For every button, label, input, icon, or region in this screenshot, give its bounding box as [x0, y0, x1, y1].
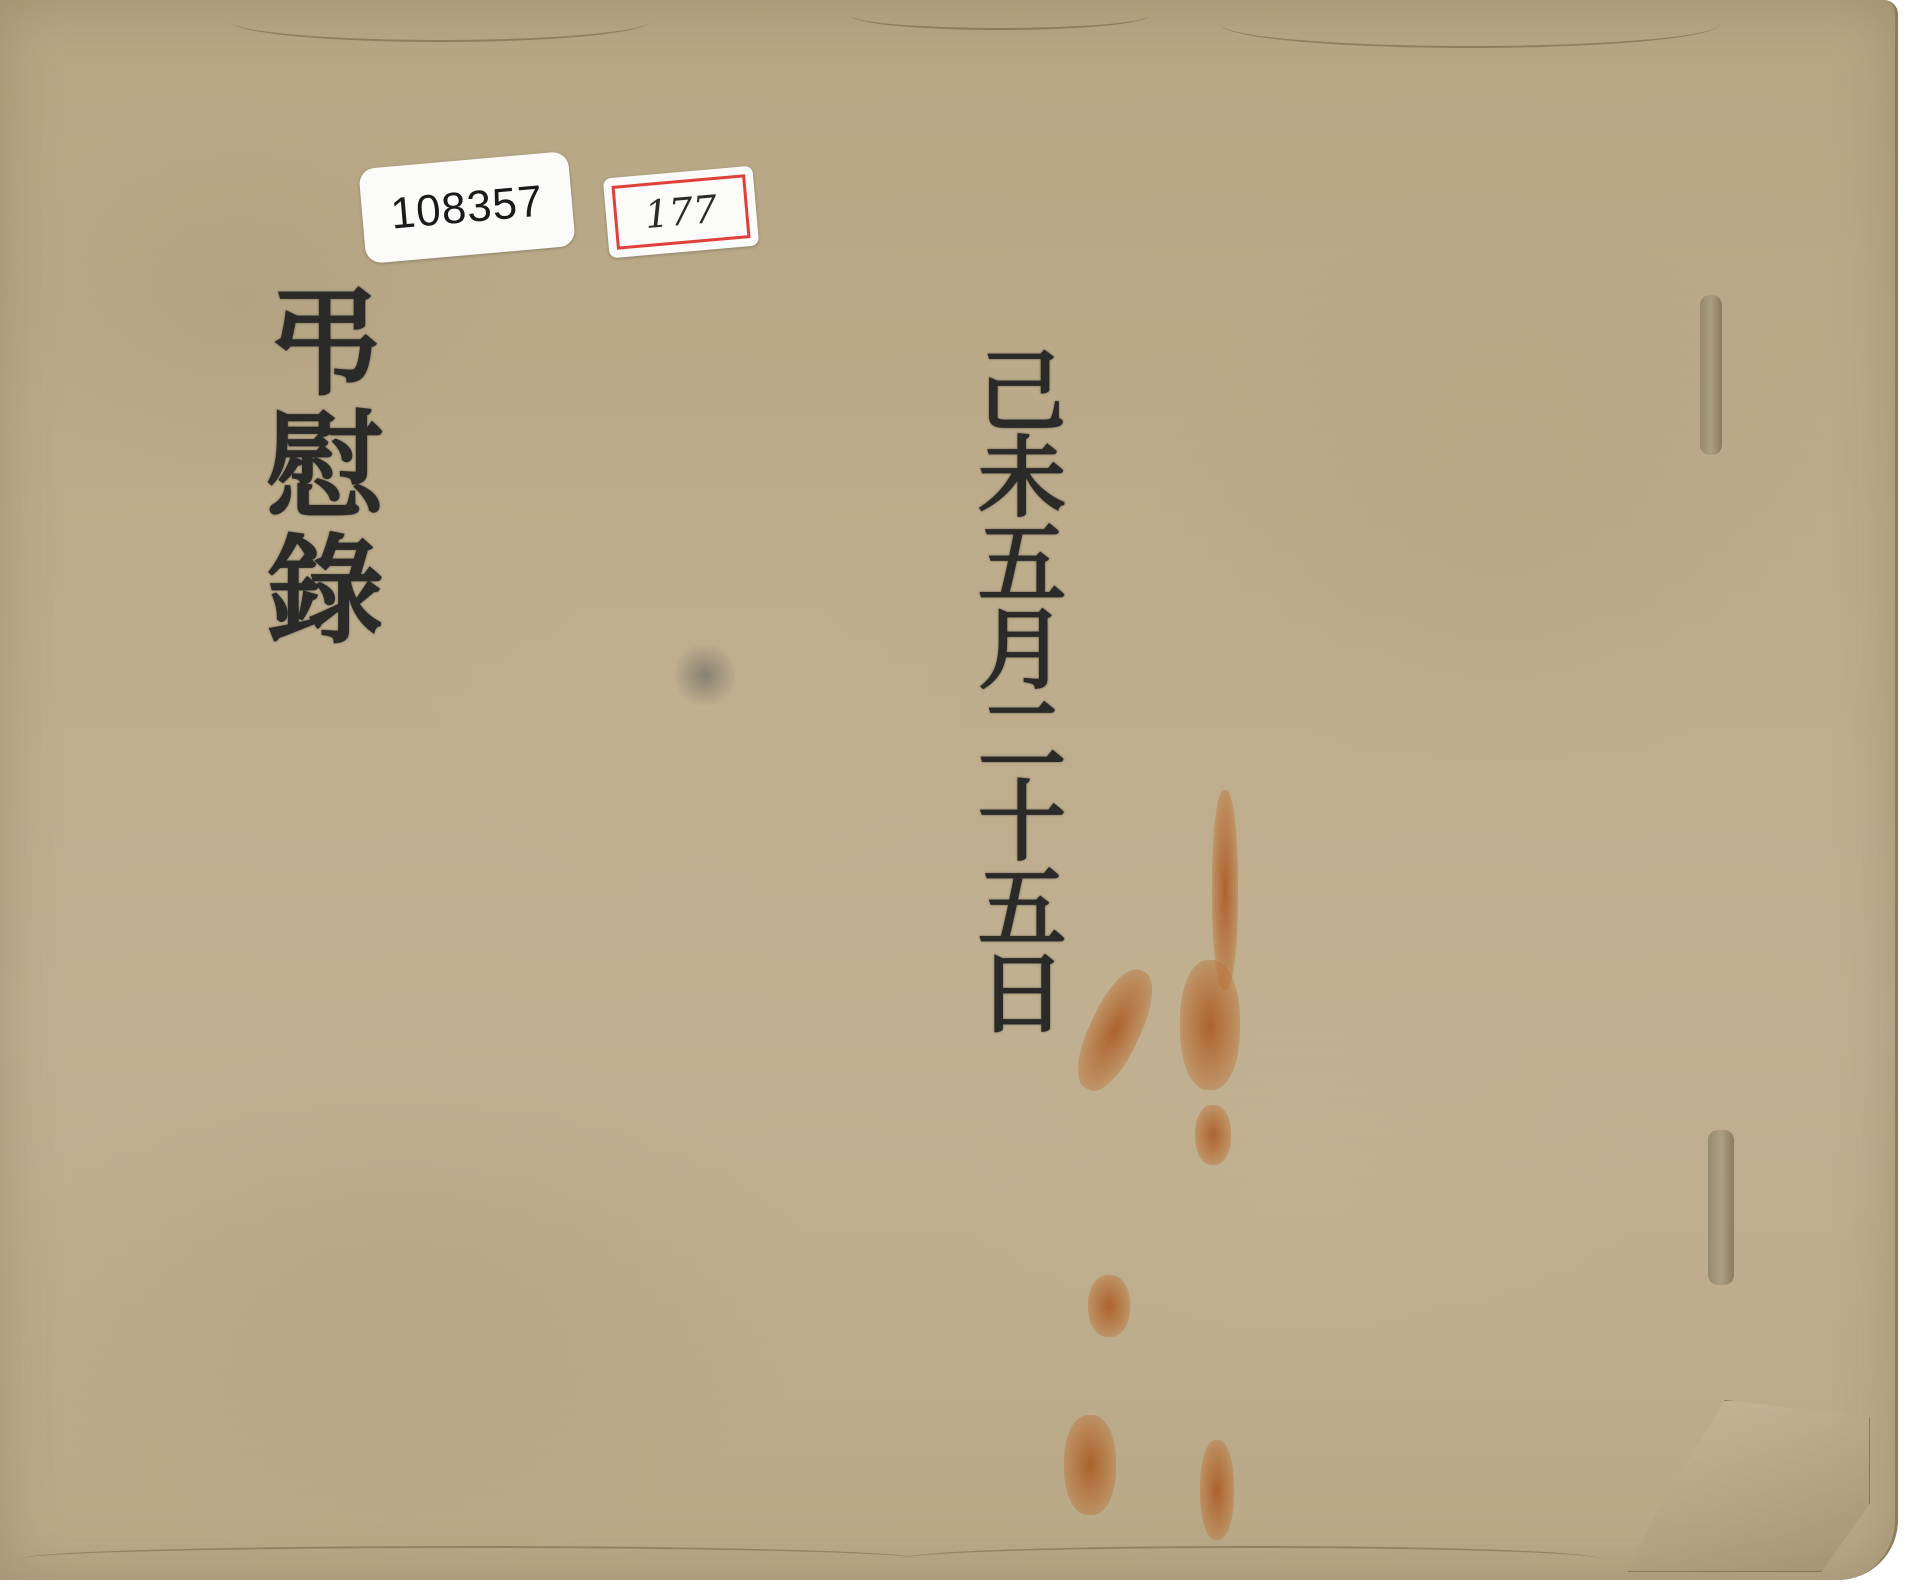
ink-smudge [675, 640, 735, 710]
binding-string [1708, 1130, 1734, 1285]
rust-stain [1064, 1415, 1116, 1515]
top-crease [230, 0, 650, 42]
bottom-crease [900, 1546, 1600, 1572]
handwritten-number: 177 [643, 187, 719, 237]
document-cover: 108357 177 弔慰錄 己未五月二十五日 [0, 0, 1898, 1580]
catalog-number-label: 108357 [358, 151, 575, 264]
handwritten-number-label: 177 [603, 166, 759, 259]
document-title: 弔慰錄 [250, 280, 380, 652]
catalog-number: 108357 [389, 176, 546, 239]
torn-corner [1628, 1400, 1870, 1572]
top-crease [850, 0, 1150, 30]
rust-stain [1180, 960, 1240, 1090]
rust-stain [1065, 961, 1165, 1100]
rust-stain [1088, 1275, 1130, 1337]
binding-string [1700, 295, 1722, 455]
top-crease [1220, 0, 1720, 48]
rust-stain [1200, 1440, 1234, 1540]
document-date: 己未五月二十五日 [966, 345, 1066, 1033]
bottom-crease [20, 1546, 920, 1572]
rust-stain [1195, 1105, 1231, 1165]
